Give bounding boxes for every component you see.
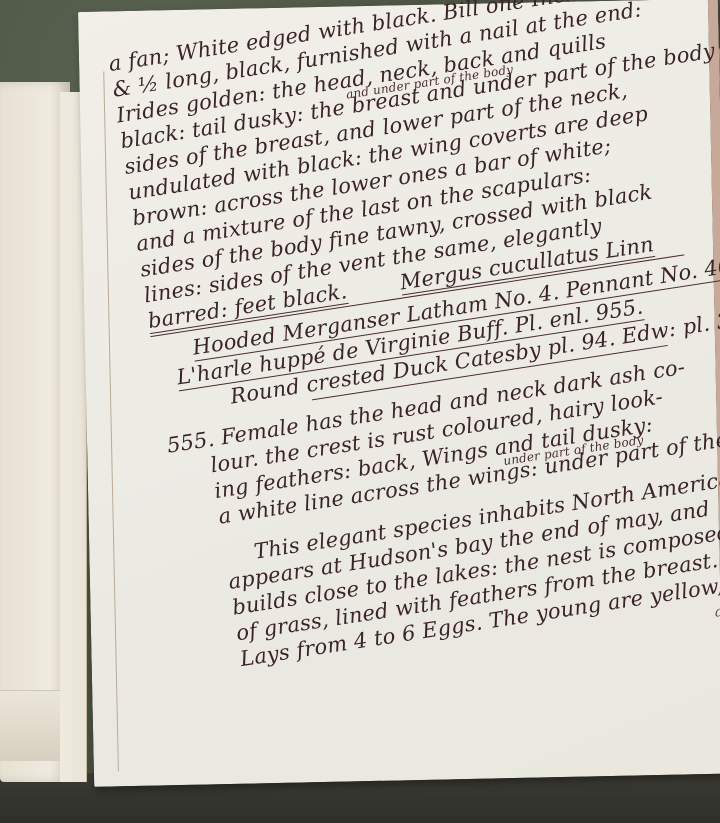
margin-rule bbox=[103, 71, 119, 771]
catchword: are bbox=[713, 596, 720, 625]
manuscript-page: 171 a fan; White edged with black. Bill … bbox=[78, 0, 720, 787]
page-stack bbox=[0, 690, 60, 761]
handwritten-text: 171 a fan; White edged with black. Bill … bbox=[107, 0, 720, 698]
